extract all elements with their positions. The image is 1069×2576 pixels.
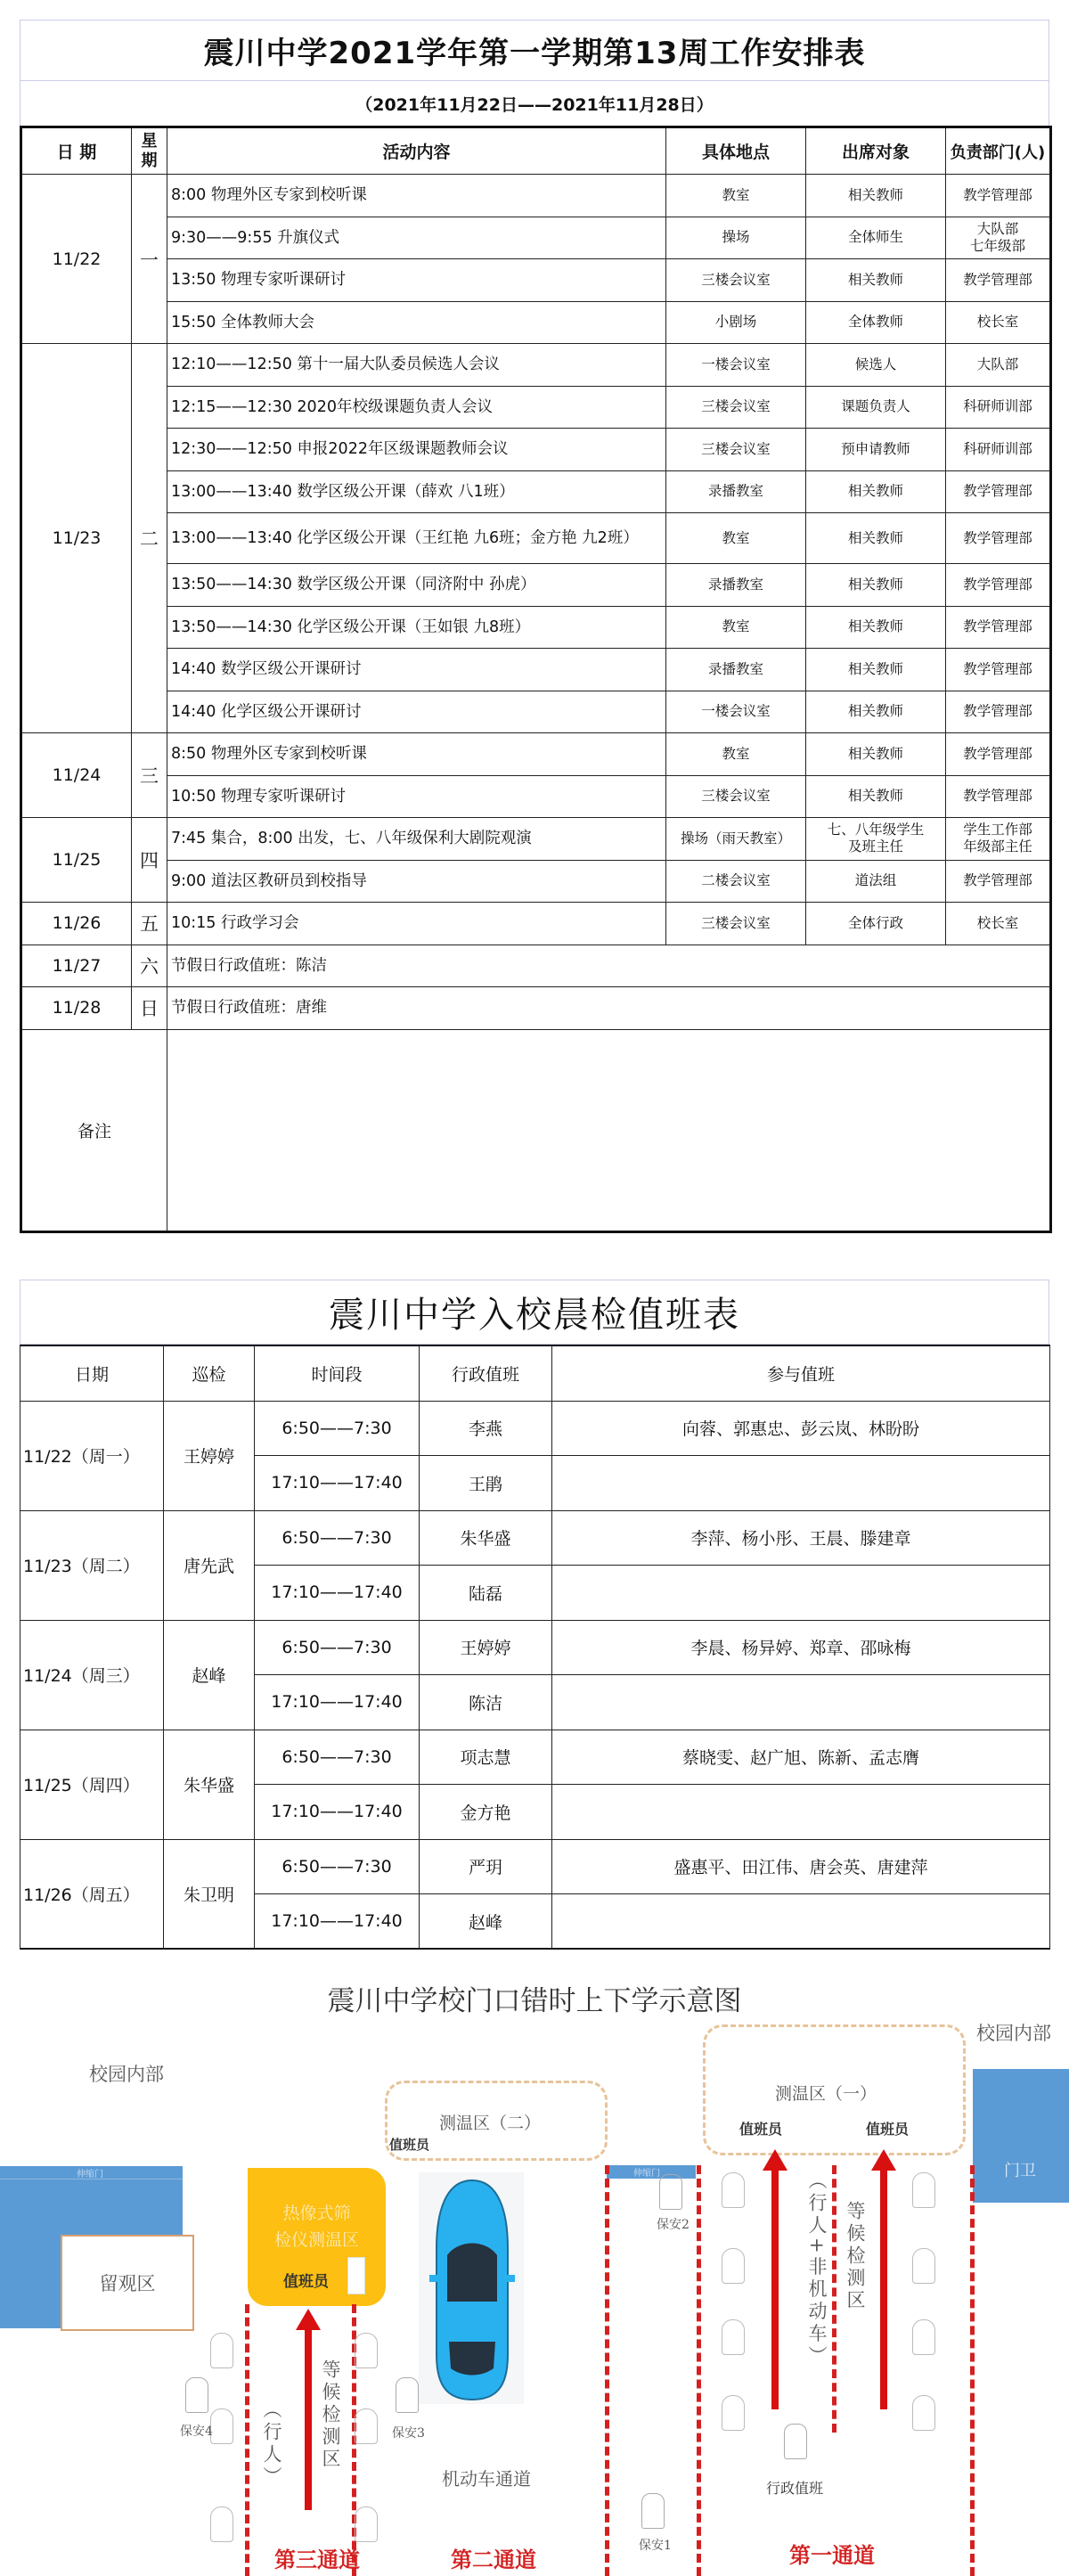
activity-cell: 13:50——14:30 化学区级公开课（王如银 九8班） — [167, 606, 666, 649]
guard-room-label: 门卫 — [1004, 2158, 1036, 2181]
motor-lane-label: 机动车通道 — [442, 2465, 531, 2490]
direction-arrow-icon — [771, 2169, 779, 2409]
attendees-cell: 预申请教师 — [806, 429, 946, 471]
student-icon — [722, 2172, 745, 2208]
activity-cell: 10:15 行政学习会 — [167, 903, 666, 945]
participants-cell: 向蓉、郭惠忠、彭云岚、林盼盼 — [552, 1401, 1050, 1456]
duty-staff-label-zone1-left: 值班员 — [739, 2118, 782, 2138]
campus-interior-right: 校园内部 — [976, 2019, 1051, 2046]
attendees-cell: 全体师生 — [806, 217, 946, 259]
student-icon — [912, 2319, 935, 2355]
time-cell: 17:10——17:40 — [255, 1566, 420, 1621]
location-cell: 操场 — [666, 217, 806, 259]
dept-cell: 校长室 — [946, 301, 1051, 344]
patrol-cell: 王婷婷 — [164, 1401, 255, 1510]
table-row: 15:50 全体教师大会 小剧场 全体教师 校长室 — [21, 301, 1051, 344]
duty-staff-label-zone2: 值班员 — [389, 2135, 429, 2154]
table-row: 11/23（周二） 唐先武 6:50——7:30 朱华盛 李萍、杨小彤、王晨、滕… — [20, 1510, 1050, 1566]
participants-cell — [552, 1456, 1050, 1511]
retractable-gate-mid-label: 伸缩门 — [633, 2165, 660, 2179]
patrol-cell: 赵峰 — [164, 1620, 255, 1730]
time-cell: 17:10——17:40 — [255, 1785, 420, 1840]
guard-icon — [641, 2493, 665, 2529]
time-cell: 6:50——7:30 — [255, 1510, 420, 1566]
student-icon — [722, 2395, 745, 2431]
thermal-scanner-label: 热像式筛 检仪测温区 — [248, 2200, 386, 2253]
time-cell: 17:10——17:40 — [255, 1894, 420, 1950]
date-cell: 11/25（周四） — [20, 1730, 164, 1839]
campus-interior-left: 校园内部 — [89, 2060, 164, 2087]
activity-cell: 12:10——12:50 第十一届大队委员候选人会议 — [167, 344, 666, 387]
activity-cell: 9:30——9:55 升旗仪式 — [167, 217, 666, 259]
attendees-cell: 相关教师 — [806, 513, 946, 564]
temperature-zone-1: 测温区（一） 值班员 值班员 — [703, 2024, 966, 2155]
date-cell: 11/22（周一） — [20, 1401, 164, 1510]
activity-cell: 节假日行政值班：唐维 — [167, 987, 1051, 1030]
diagram-title: 震川中学校门口错时上下学示意图 — [267, 1978, 802, 2018]
location-cell: 教室 — [666, 606, 806, 649]
attendees-cell: 道法组 — [806, 860, 946, 903]
weekday-cell: 一 — [132, 175, 167, 344]
table-row: 13:00——13:40 化学区级公开课（王红艳 九6班；金方艳 九2班） 教室… — [21, 513, 1051, 564]
header-admin: 行政值班 — [420, 1345, 552, 1401]
duty-staff-label-zone1-right: 值班员 — [866, 2118, 909, 2138]
admin-cell: 朱华盛 — [420, 1510, 552, 1566]
activity-cell: 12:15——12:30 2020年校级课题负责人会议 — [167, 386, 666, 429]
date-cell: 11/28 — [21, 987, 132, 1030]
observation-area: 留观区 — [61, 2235, 194, 2331]
lane-1-label: 第一通道 — [789, 2538, 875, 2569]
location-cell: 操场（雨天教室） — [666, 818, 806, 861]
table-row: 12:15——12:30 2020年校级课题负责人会议 三楼会议室 课题负责人 … — [21, 386, 1051, 429]
dept-cell: 科研师训部 — [946, 386, 1051, 429]
admin-cell: 金方艳 — [420, 1785, 552, 1840]
student-icon — [210, 2408, 233, 2444]
date-cell: 11/23 — [21, 344, 132, 733]
table-row: 11/26（周五） 朱卫明 6:50——7:30 严玥 盛惠平、田江伟、唐会英、… — [20, 1839, 1050, 1894]
attendees-cell: 相关教师 — [806, 564, 946, 607]
admin-cell: 李燕 — [420, 1401, 552, 1456]
student-icon — [912, 2248, 935, 2284]
weekday-cell: 六 — [132, 945, 167, 987]
attendees-cell: 七、八年级学生 及班主任 — [806, 818, 946, 861]
date-cell: 11/27 — [21, 945, 132, 987]
dept-cell: 大队部 七年级部 — [946, 217, 1051, 259]
time-cell: 6:50——7:30 — [255, 1730, 420, 1785]
table-row: 14:40 数学区级公开课研讨 录播教室 相关教师 教学管理部 — [21, 649, 1051, 691]
participants-cell: 李萍、杨小彤、王晨、滕建章 — [552, 1510, 1050, 1566]
header-patrol: 巡检 — [164, 1345, 255, 1401]
time-cell: 17:10——17:40 — [255, 1675, 420, 1730]
dept-cell: 教学管理部 — [946, 691, 1051, 733]
table-row: 11/24 三 8:50 物理外区专家到校听课 教室 相关教师 教学管理部 — [21, 733, 1051, 776]
dept-cell: 教学管理部 — [946, 860, 1051, 903]
guard-4-label: 保安4 — [180, 2422, 213, 2440]
attendees-cell: 相关教师 — [806, 175, 946, 217]
time-cell: 6:50——7:30 — [255, 1839, 420, 1894]
date-cell: 11/24（周三） — [20, 1620, 164, 1730]
dept-cell: 教学管理部 — [946, 259, 1051, 302]
admin-cell: 陈洁 — [420, 1675, 552, 1730]
retractable-gate-mid: 伸缩门 — [607, 2165, 696, 2179]
direction-arrow-icon — [880, 2169, 887, 2409]
weekday-cell: 二 — [132, 344, 167, 733]
dept-cell: 校长室 — [946, 903, 1051, 945]
student-icon — [722, 2248, 745, 2284]
duty-staff-label-thermal: 值班员 — [283, 2269, 329, 2291]
table-row: 14:40 化学区级公开课研讨 一楼会议室 相关教师 教学管理部 — [21, 691, 1051, 733]
attendees-cell: 相关教师 — [806, 470, 946, 513]
dept-cell: 教学管理部 — [946, 470, 1051, 513]
time-cell: 6:50——7:30 — [255, 1620, 420, 1675]
attendees-cell: 全体教师 — [806, 301, 946, 344]
admin-duty-label: 行政值班 — [766, 2477, 823, 2498]
student-icon — [722, 2319, 745, 2355]
time-cell: 6:50——7:30 — [255, 1401, 420, 1456]
admin-cell: 项志慧 — [420, 1730, 552, 1785]
gate-diagram: 震川中学校门口错时上下学示意图 校园内部 校园内部 伸缩门 留观区 热像式筛 检… — [0, 1967, 1069, 2576]
table-row: 13:50 物理专家听课研讨 三楼会议室 相关教师 教学管理部 — [21, 259, 1051, 302]
attendees-cell: 相关教师 — [806, 606, 946, 649]
attendees-cell: 相关教师 — [806, 733, 946, 776]
admin-cell: 王婷婷 — [420, 1620, 552, 1675]
schedule-title: 震川中学2021学年第一学期第13周工作安排表 — [20, 20, 1049, 81]
waiting-zone-label-lane1: 等候检测区 — [842, 2201, 869, 2312]
pedestrian-label-lane3: （行人） — [258, 2400, 285, 2489]
guard-icon — [185, 2377, 208, 2413]
table-row: 10:50 物理专家听课研讨 三楼会议室 相关教师 教学管理部 — [21, 775, 1051, 818]
header-weekday-text: 星期 — [141, 132, 159, 171]
schedule-body: 11/22 一 8:00 物理外区专家到校听课 教室 相关教师 教学管理部 9:… — [21, 175, 1051, 1232]
dept-cell: 科研师训部 — [946, 429, 1051, 471]
participants-cell: 蔡晓雯、赵广旭、陈新、孟志膺 — [552, 1730, 1050, 1785]
student-icon — [912, 2172, 935, 2208]
weekday-cell: 五 — [132, 903, 167, 945]
table-row: 11/25（周四） 朱华盛 6:50——7:30 项志慧 蔡晓雯、赵广旭、陈新、… — [20, 1730, 1050, 1785]
schedule-header-row: 日 期 星期 活动内容 具体地点 出席对象 负责部门(人) — [21, 127, 1051, 175]
retractable-gate-left-label: 伸缩门 — [77, 2166, 103, 2179]
guard-1-label: 保安1 — [639, 2536, 672, 2554]
attendees-cell: 相关教师 — [806, 691, 946, 733]
table-row: 11/28 日 节假日行政值班：唐维 — [21, 987, 1051, 1030]
location-cell: 三楼会议室 — [666, 775, 806, 818]
attendees-cell: 候选人 — [806, 344, 946, 387]
location-cell: 二楼会议室 — [666, 860, 806, 903]
date-cell: 11/23（周二） — [20, 1510, 164, 1620]
header-time: 时间段 — [255, 1345, 420, 1401]
participants-cell — [552, 1566, 1050, 1621]
student-icon — [355, 2506, 378, 2542]
direction-arrow-icon — [305, 2328, 312, 2510]
activity-cell: 13:50 物理专家听课研讨 — [167, 259, 666, 302]
table-row: 13:50——14:30 数学区级公开课（同济附中 孙虎） 录播教室 相关教师 … — [21, 564, 1051, 607]
date-cell: 11/25 — [21, 818, 132, 903]
location-cell: 教室 — [666, 513, 806, 564]
date-cell: 11/22 — [21, 175, 132, 344]
header-activity: 活动内容 — [167, 127, 666, 175]
table-row: 13:00——13:40 数学区级公开课（薛欢 八1班） 录播教室 相关教师 教… — [21, 470, 1051, 513]
dept-cell: 教学管理部 — [946, 564, 1051, 607]
schedule-table: 日 期 星期 活动内容 具体地点 出席对象 负责部门(人) 11/22 一 8:… — [20, 126, 1052, 1233]
lane-divider — [832, 2165, 836, 2433]
attendees-cell: 相关教师 — [806, 649, 946, 691]
location-cell: 小剧场 — [666, 301, 806, 344]
header-date: 日期 — [20, 1345, 164, 1401]
admin-cell: 王鹃 — [420, 1456, 552, 1511]
guard-icon — [396, 2377, 419, 2413]
guard-room: 门卫 — [973, 2069, 1069, 2203]
lane-divider — [697, 2165, 701, 2576]
table-row: 11/24（周三） 赵峰 6:50——7:30 王婷婷 李晨、杨异婷、郑章、邵咏… — [20, 1620, 1050, 1675]
date-cell: 11/26 — [21, 903, 132, 945]
attendees-cell: 全体行政 — [806, 903, 946, 945]
header-date: 日 期 — [21, 127, 132, 175]
student-icon — [210, 2506, 233, 2542]
dept-cell: 教学管理部 — [946, 513, 1051, 564]
participants-cell — [552, 1675, 1050, 1730]
location-cell: 三楼会议室 — [666, 903, 806, 945]
date-cell: 11/26（周五） — [20, 1839, 164, 1949]
activity-cell: 12:30——12:50 申报2022年区级课题教师会议 — [167, 429, 666, 471]
roster-title: 震川中学入校晨检值班表 — [20, 1280, 1049, 1345]
admin-cell: 严玥 — [420, 1839, 552, 1894]
dept-cell: 教学管理部 — [946, 733, 1051, 776]
location-cell: 录播教室 — [666, 649, 806, 691]
dept-cell: 教学管理部 — [946, 775, 1051, 818]
observation-area-label: 留观区 — [100, 2269, 156, 2296]
table-row: 11/26 五 10:15 行政学习会 三楼会议室 全体行政 校长室 — [21, 903, 1051, 945]
location-cell: 三楼会议室 — [666, 259, 806, 302]
attendees-cell: 课题负责人 — [806, 386, 946, 429]
student-icon — [912, 2395, 935, 2431]
location-cell: 教室 — [666, 733, 806, 776]
student-icon — [355, 2408, 378, 2444]
header-dept: 负责部门(人) — [946, 127, 1051, 175]
left-building-lower — [0, 2235, 62, 2328]
attendees-cell: 相关教师 — [806, 775, 946, 818]
guard-3-label: 保安3 — [392, 2424, 425, 2441]
table-row: 12:30——12:50 申报2022年区级课题教师会议 三楼会议室 预申请教师… — [21, 429, 1051, 471]
location-cell: 一楼会议室 — [666, 691, 806, 733]
activity-cell: 13:00——13:40 化学区级公开课（王红艳 九6班；金方艳 九2班） — [167, 513, 666, 564]
patrol-cell: 朱卫明 — [164, 1839, 255, 1949]
patrol-cell: 朱华盛 — [164, 1730, 255, 1839]
table-row: 11/27 六 节假日行政值班：陈洁 — [21, 945, 1051, 987]
participants-cell — [552, 1894, 1050, 1950]
table-row: 13:50——14:30 化学区级公开课（王如银 九8班） 教室 相关教师 教学… — [21, 606, 1051, 649]
activity-cell: 9:00 道法区教研员到校指导 — [167, 860, 666, 903]
pedestrian-label-lane1: （行人+非机动车） — [804, 2171, 830, 2368]
weekday-cell: 三 — [132, 733, 167, 818]
lane-3-label: 第三通道 — [274, 2542, 360, 2573]
dept-cell: 大队部 — [946, 344, 1051, 387]
lane-2-label: 第二通道 — [451, 2542, 536, 2573]
patrol-cell: 唐先武 — [164, 1510, 255, 1620]
activity-cell: 7:45 集合，8:00 出发，七、八年级保利大剧院观演 — [167, 818, 666, 861]
lane-divider — [245, 2304, 249, 2576]
roster-header-row: 日期 巡检 时间段 行政值班 参与值班 — [20, 1345, 1050, 1401]
guard-icon — [659, 2174, 682, 2210]
table-row: 9:00 道法区教研员到校指导 二楼会议室 道法组 教学管理部 — [21, 860, 1051, 903]
participants-cell: 盛惠平、田江伟、唐会英、唐建萍 — [552, 1839, 1050, 1894]
weekday-cell: 日 — [132, 987, 167, 1030]
admin-duty-icon — [784, 2424, 807, 2459]
activity-cell: 13:50——14:30 数学区级公开课（同济附中 孙虎） — [167, 564, 666, 607]
table-row: 11/25 四 7:45 集合，8:00 出发，七、八年级保利大剧院观演 操场（… — [21, 818, 1051, 861]
weekday-cell: 四 — [132, 818, 167, 903]
activity-cell: 13:00——13:40 数学区级公开课（薛欢 八1班） — [167, 470, 666, 513]
schedule-date-range: （2021年11月22日——2021年11月28日） — [20, 81, 1049, 126]
thermal-scanner-zone: 热像式筛 检仪测温区 值班员 — [248, 2168, 386, 2306]
notes-label: 备注 — [21, 1029, 167, 1231]
activity-cell: 8:50 物理外区专家到校听课 — [167, 733, 666, 776]
activity-cell: 节假日行政值班：陈洁 — [167, 945, 1051, 987]
guard-2-label: 保安2 — [657, 2215, 690, 2233]
participants-cell — [552, 1785, 1050, 1840]
temperature-zone-1-label: 测温区（一） — [775, 2081, 877, 2105]
header-participants: 参与值班 — [552, 1345, 1050, 1401]
dept-cell: 教学管理部 — [946, 649, 1051, 691]
table-row: 11/23 二 12:10——12:50 第十一届大队委员候选人会议 一楼会议室… — [21, 344, 1051, 387]
car-icon — [428, 2177, 517, 2404]
notes-content — [167, 1029, 1051, 1231]
attendees-cell: 相关教师 — [806, 259, 946, 302]
table-row: 11/22（周一） 王婷婷 6:50——7:30 李燕 向蓉、郭惠忠、彭云岚、林… — [20, 1401, 1050, 1456]
activity-cell: 8:00 物理外区专家到校听课 — [167, 175, 666, 217]
location-cell: 三楼会议室 — [666, 429, 806, 471]
lane-divider — [970, 2165, 975, 2576]
temperature-zone-2: 测温区（二） 值班员 — [385, 2081, 608, 2161]
table-row: 11/22 一 8:00 物理外区专家到校听课 教室 相关教师 教学管理部 — [21, 175, 1051, 217]
temperature-zone-2-label: 测温区（二） — [439, 2110, 541, 2134]
dept-cell: 学生工作部 年级部主任 — [946, 818, 1051, 861]
location-cell: 三楼会议室 — [666, 386, 806, 429]
activity-cell: 10:50 物理专家听课研讨 — [167, 775, 666, 818]
activity-cell: 14:40 化学区级公开课研讨 — [167, 691, 666, 733]
table-row: 9:30——9:55 升旗仪式 操场 全体师生 大队部 七年级部 — [21, 217, 1051, 259]
activity-cell: 15:50 全体教师大会 — [167, 301, 666, 344]
location-cell: 一楼会议室 — [666, 344, 806, 387]
waiting-zone-label-lane3: 等候检测区 — [317, 2359, 344, 2471]
time-cell: 17:10——17:40 — [255, 1456, 420, 1511]
participants-cell: 李晨、杨异婷、郑章、邵咏梅 — [552, 1620, 1050, 1675]
duty-staff-icon — [347, 2257, 365, 2294]
admin-cell: 陆磊 — [420, 1566, 552, 1621]
student-icon — [210, 2333, 233, 2368]
student-icon — [355, 2333, 378, 2368]
activity-cell: 14:40 数学区级公开课研讨 — [167, 649, 666, 691]
weekly-schedule: 震川中学2021学年第一学期第13周工作安排表 （2021年11月22日——20… — [20, 20, 1049, 1233]
location-cell: 录播教室 — [666, 470, 806, 513]
header-location: 具体地点 — [666, 127, 806, 175]
admin-cell: 赵峰 — [420, 1894, 552, 1950]
location-cell: 录播教室 — [666, 564, 806, 607]
header-attendees: 出席对象 — [806, 127, 946, 175]
notes-row: 备注 — [21, 1029, 1051, 1231]
lane-divider — [605, 2165, 609, 2576]
location-cell: 教室 — [666, 175, 806, 217]
dept-cell: 教学管理部 — [946, 606, 1051, 649]
date-cell: 11/24 — [21, 733, 132, 818]
morning-check-roster: 震川中学入校晨检值班表 日期 巡检 时间段 行政值班 参与值班 11/22（周一… — [20, 1280, 1049, 1950]
dept-cell: 教学管理部 — [946, 175, 1051, 217]
roster-table: 日期 巡检 时间段 行政值班 参与值班 11/22（周一） 王婷婷 6:50——… — [20, 1345, 1050, 1950]
header-weekday: 星期 — [132, 127, 167, 175]
